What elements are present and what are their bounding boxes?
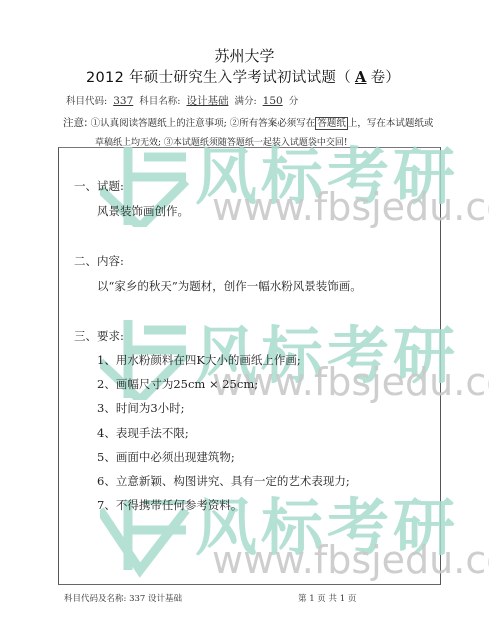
paper-version: A [351,69,371,86]
watermark-url: www.fbsjedu.com [212,185,489,229]
section-1-heading: 一、试题: [74,178,124,194]
requirement-item: 6、立意新颖、构图讲究、具有一定的艺术表现力; [97,473,350,489]
section-1-line: 风景装饰画创作。 [97,203,189,219]
footer-page-info: 第 1 页 共 1 页 [298,592,356,604]
answer-sheet-boxed: 答题纸 [315,117,348,130]
subject-name: 设计基础 [180,95,234,107]
requirement-item: 1、用水粉颜料在四K大小的画纸上作画; [97,352,301,368]
section-3-heading: 三、要求: [74,328,124,344]
notice-text: ①认真阅读答题纸上的注意事项; ②所有答案必须写在 [91,118,316,129]
notice-label: 注意: [63,117,88,129]
exam-title: 2012 年硕士研究生入学考试初试试题（A卷） [86,66,400,87]
notice-text-cont: 上，写在本试题纸或 [348,118,434,129]
notice-line-1: 注意: ①认真阅读答题纸上的注意事项; ②所有答案必须写在答题纸上，写在本试题纸… [63,115,433,130]
requirement-item: 3、时间为3小时; [97,400,185,416]
section-2-heading: 二、内容: [74,253,124,269]
exam-title-prefix: 2012 年硕士研究生入学考试初试试题（ [86,70,351,86]
exam-meta: 科目代码:337科目名称:设计基础满分:150分 [66,93,298,108]
requirement-item: 7、不得携带任何参考资料。 [97,497,242,513]
notice-line-2: 草稿纸上均无效; ③本试题纸须随答题纸一起装入试题袋中交回! [95,135,348,148]
subject-name-label: 科目名称: [139,96,180,107]
footer-subject-label: 科目代码及名称: [64,594,126,604]
subject-code-label: 科目代码: [66,96,107,107]
exam-title-suffix: 卷） [371,70,401,86]
score-unit: 分 [289,96,299,107]
requirement-item: 2、画幅尺寸为25cm × 25cm; [97,376,258,392]
footer-subject-value: 337 设计基础 [129,594,182,604]
section-2-line: 以“家乡的秋天”为题材，创作一幅水粉风景装饰画。 [97,278,362,294]
full-score: 150 [257,95,289,107]
requirement-item: 5、画面中必须出现建筑物; [97,449,235,465]
university-name: 苏州大学 [0,45,489,66]
footer-subject: 科目代码及名称: 337 设计基础 [64,592,182,604]
watermark-url: www.fbsjedu.com [212,538,489,582]
requirement-item: 4、表现手法不限; [97,425,189,441]
subject-code: 337 [107,95,139,107]
full-score-label: 满分: [234,96,256,107]
